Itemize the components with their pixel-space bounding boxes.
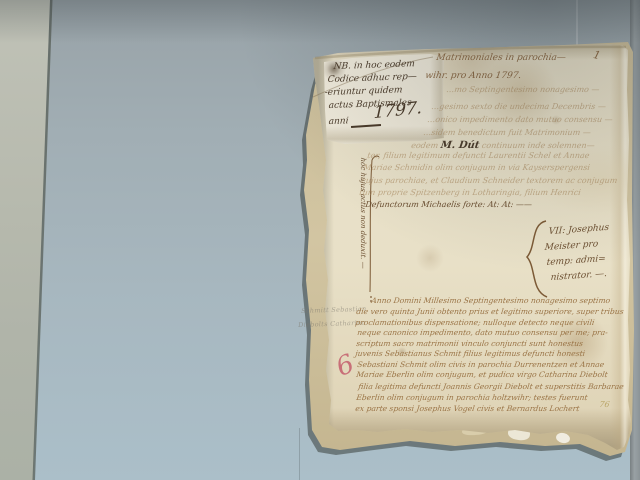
manuscript-line: …gesimo sexto die undecima Decembris — <box>431 102 607 111</box>
manuscript-line: cujus parochiae, et Claudium Schneider t… <box>361 176 618 185</box>
header-line: wihr. pro Anno 1797. <box>425 71 522 81</box>
entry-line: ex parte sponsi Josephus Vogel civis et … <box>355 404 580 413</box>
margin-note-vertical: hoc hujus actus non deduxit. — <box>359 157 367 269</box>
folio-mark: 76 <box>599 400 610 409</box>
entry-line: Eberlin olim conjugum in parochia holtzw… <box>356 393 588 402</box>
manuscript-line: ter, filium legitimum defuncti Laurentii… <box>367 151 590 160</box>
attestation-line: Defunctorum Michaelis forte: At: At: —— <box>365 200 533 209</box>
entry-line: neque canonico impedimento, dato mutuo c… <box>357 328 609 337</box>
entry-line: die vero quinta Junii obtento prius et l… <box>356 307 625 316</box>
entry-line: filia legitima defuncti Joannis Georgii … <box>358 382 625 391</box>
manuscript-line: …sidem benedictum fuit Matrimonium — <box>423 128 592 137</box>
manuscript-line: …mo Septingentesimo nonagesimo — <box>446 85 600 94</box>
entry-line: scriptum sacro matrimonii vinculo conjun… <box>356 339 584 348</box>
line-fragment: eodem <box>411 141 442 150</box>
archival-scan-viewport: NB. in hoc eodem Codice adhuc rep— -eriu… <box>0 0 640 480</box>
manuscript-line: Mariae Schmidin olim conjugum in via Kay… <box>363 163 591 172</box>
manuscript-line: …onico impedimento dato mutuo consensu — <box>427 115 614 124</box>
entry-line: Anno Domini Millesimo Septingentesimo no… <box>371 296 611 305</box>
header-line: Matrimoniales in parochia— <box>436 53 567 63</box>
entry-line: Sebastiani Schmit olim civis in parochia… <box>357 360 605 369</box>
note-line: anni <box>328 116 349 127</box>
manuscript-line: tum proprie Spitzenberg in Lotharingia, … <box>359 188 582 197</box>
entry-line: juvenis Sebastianus Schmit filius legiti… <box>355 349 586 358</box>
entry-line: proclamationibus dispensatione; nulloque… <box>355 318 595 327</box>
abbreviation-mark: M. Dút <box>440 140 480 151</box>
manuscript-line: eodem M. Dút continuum inde solemnen— <box>410 140 595 151</box>
entry-line: Mariae Eberlin olim conjugum, et pudica … <box>356 370 609 379</box>
line-fragment: continuum inde solemnen— <box>479 141 596 150</box>
signature-brace-flourish <box>527 221 547 297</box>
